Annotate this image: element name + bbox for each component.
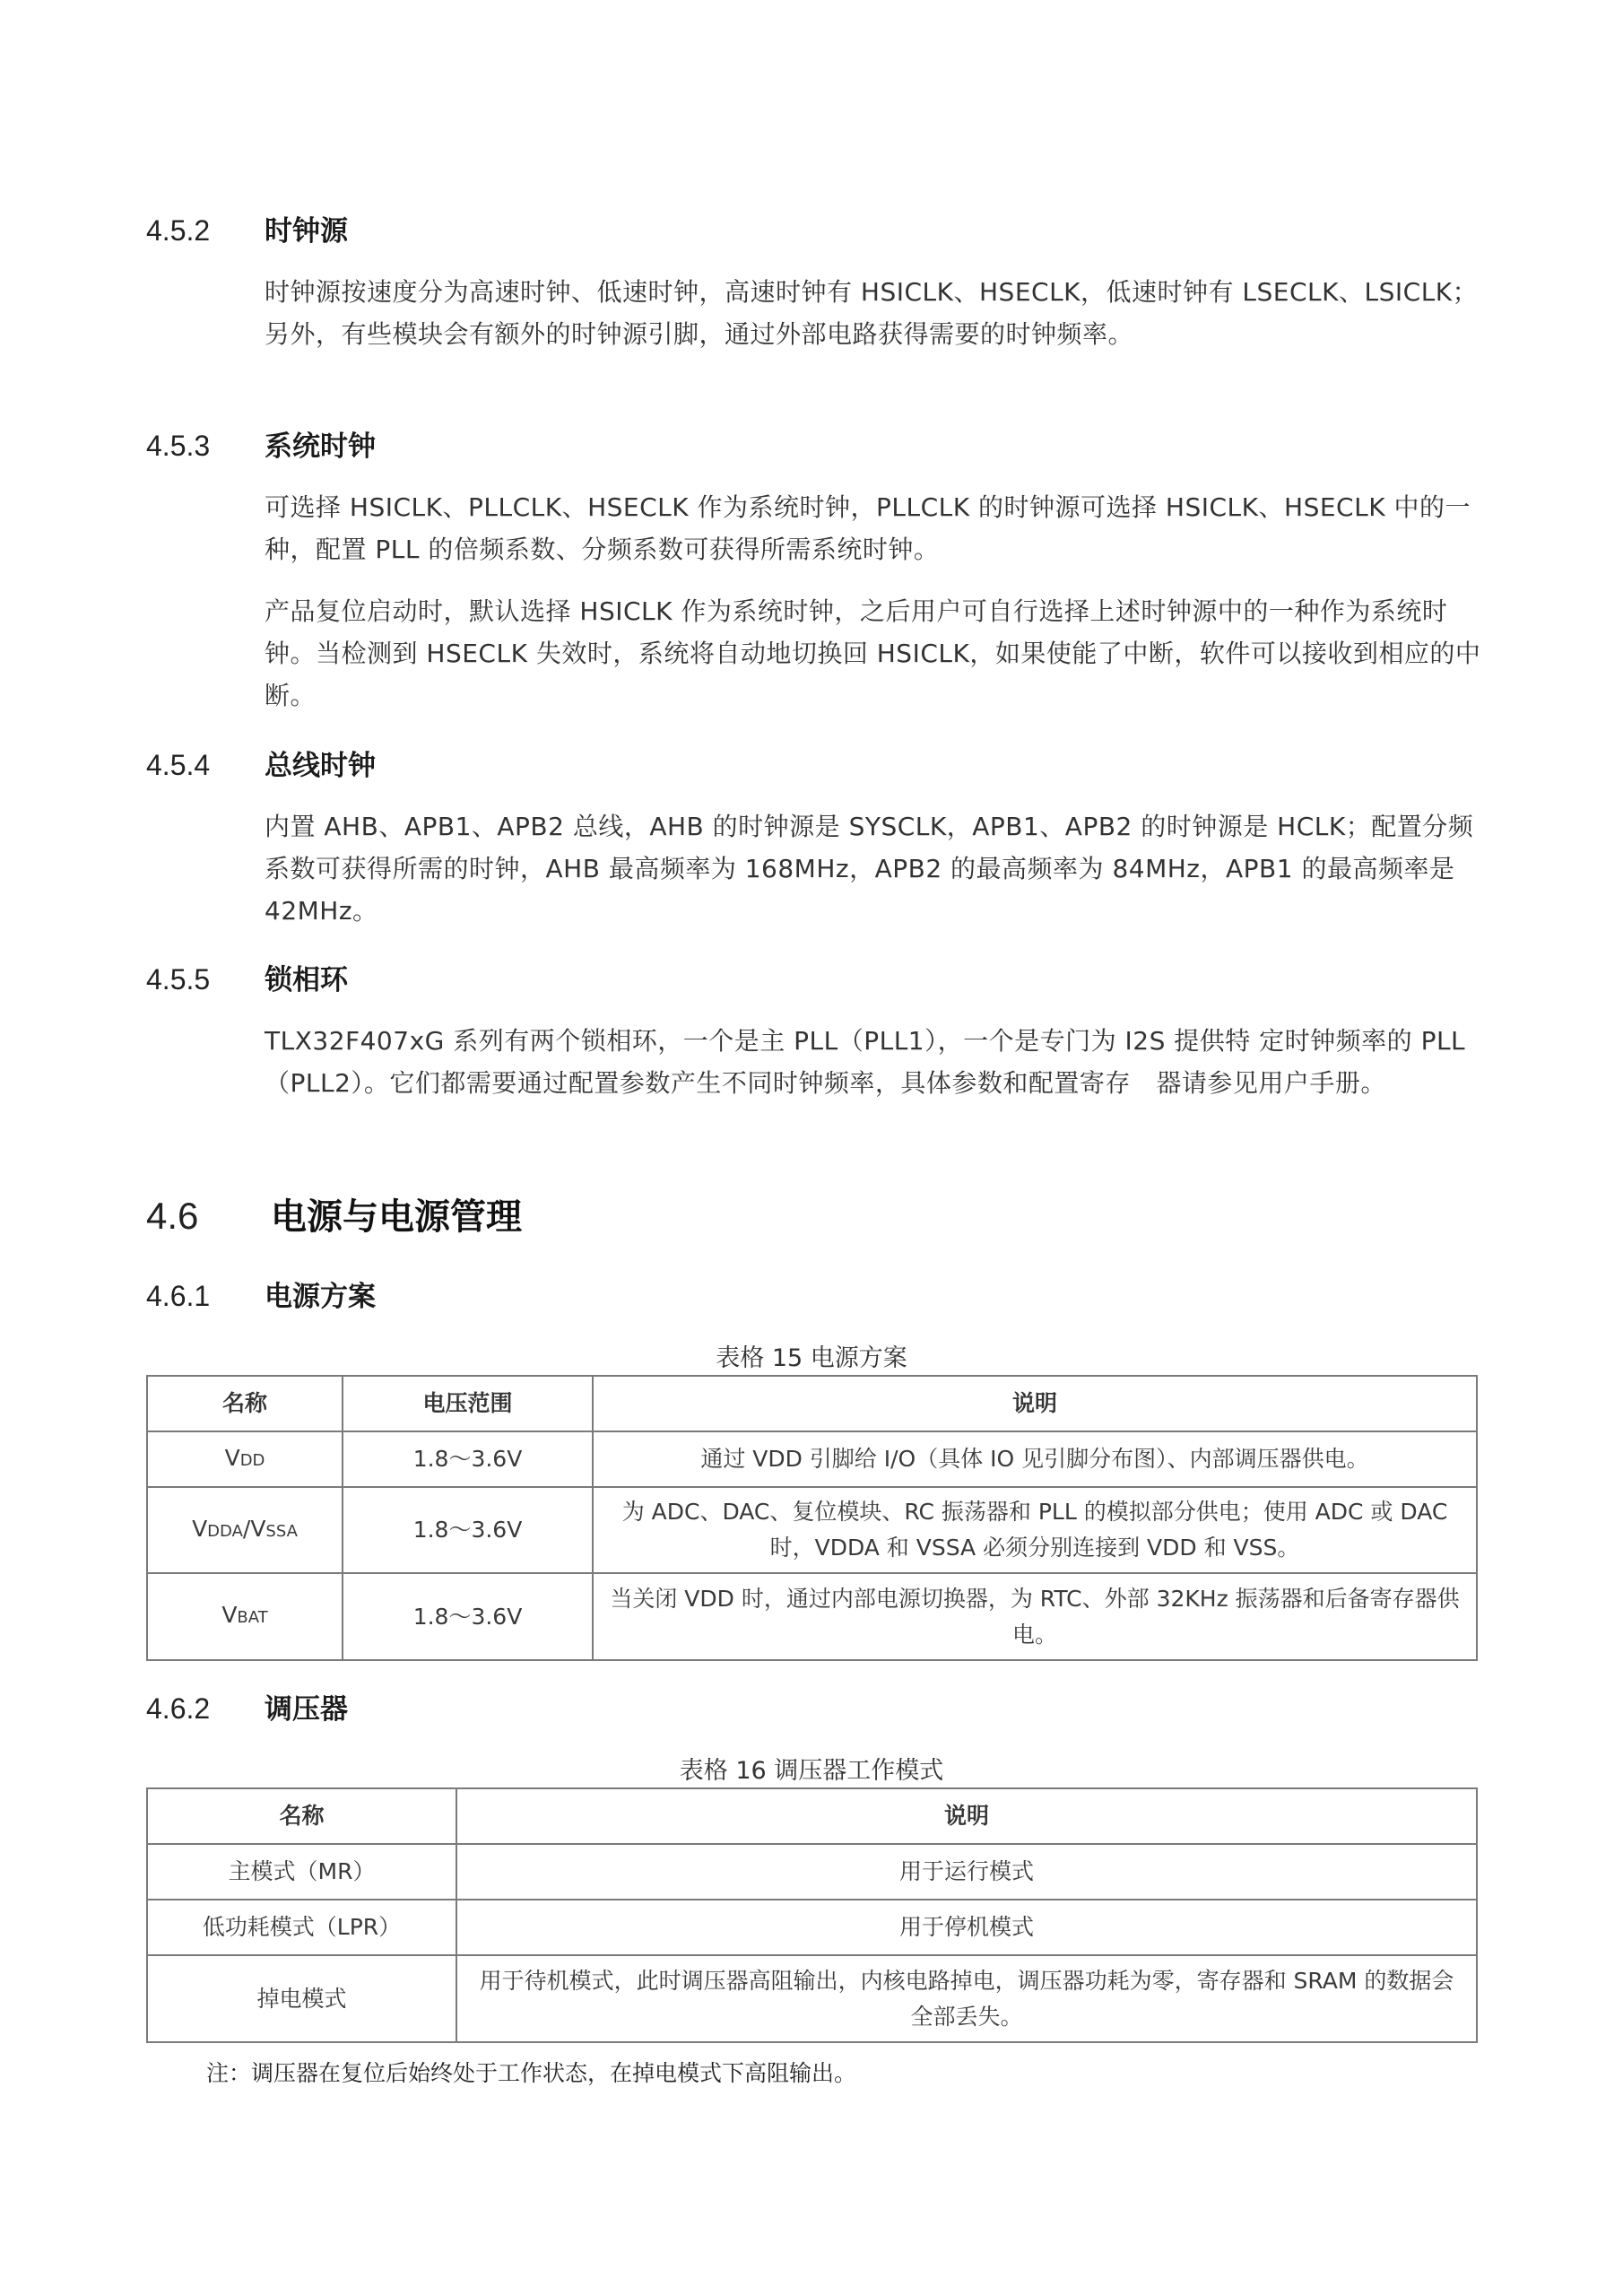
heading-4-6-2: 4.6.2调压器: [146, 1686, 348, 1726]
heading-number: 4.6.1: [146, 1280, 265, 1313]
table-power-scheme: 名称 电压范围 说明 VDD 1.8～3.6V 通过 VDD 引脚给 I/O（具…: [146, 1375, 1478, 1661]
cell-description: 当关闭 VDD 时，通过内部电源切换器，为 RTC、外部 32KHz 振荡器和后…: [593, 1573, 1477, 1660]
header-name: 名称: [147, 1376, 343, 1431]
heading-4-5-4: 4.5.4总线时钟: [146, 743, 376, 783]
heading-title: 时钟源: [265, 215, 348, 248]
header-voltage-range: 电压范围: [343, 1376, 593, 1431]
cell-description: 通过 VDD 引脚给 I/O（具体 IO 见引脚分布图）、内部调压器供电。: [593, 1431, 1477, 1487]
heading-title: 调压器: [265, 1693, 348, 1726]
heading-title: 总线时钟: [265, 750, 376, 782]
heading-4-5-5: 4.5.5锁相环: [146, 957, 348, 997]
heading-number: 4.5.4: [146, 749, 265, 782]
heading-number: 4.5.3: [146, 430, 265, 463]
cell-name: 主模式（MR）: [147, 1844, 456, 1900]
cell-description: 用于待机模式，此时调压器高阻输出，内核电路掉电，调压器功耗为零，寄存器和 SRA…: [456, 1955, 1477, 2042]
paragraph-bus-clock: 内置 AHB、APB1、APB2 总线，AHB 的时钟源是 SYSCLK，APB…: [265, 805, 1484, 932]
cell-description: 用于停机模式: [456, 1900, 1477, 1955]
cell-name: 低功耗模式（LPR）: [147, 1900, 456, 1955]
table-row: VDD 1.8～3.6V 通过 VDD 引脚给 I/O（具体 IO 见引脚分布图…: [147, 1431, 1477, 1487]
cell-name: VBAT: [147, 1573, 343, 1660]
heading-title: 电源方案: [265, 1281, 376, 1313]
header-description: 说明: [593, 1376, 1477, 1431]
heading-title: 系统时钟: [265, 430, 376, 463]
cell-range: 1.8～3.6V: [343, 1487, 593, 1573]
heading-4-5-2: 4.5.2时钟源: [146, 208, 348, 248]
paragraph-system-clock-2: 产品复位启动时，默认选择 HSICLK 作为系统时钟，之后用户可自行选择上述时钟…: [265, 590, 1484, 717]
cell-name: VDD: [147, 1431, 343, 1487]
heading-number: 4.5.2: [146, 214, 265, 248]
heading-number: 4.6: [146, 1195, 271, 1238]
cell-description: 用于运行模式: [456, 1844, 1477, 1900]
table-header-row: 名称 电压范围 说明: [147, 1376, 1477, 1431]
heading-4-6-1: 4.6.1电源方案: [146, 1274, 376, 1314]
table-regulator-modes: 名称 说明 主模式（MR） 用于运行模式 低功耗模式（LPR） 用于停机模式 掉…: [146, 1787, 1478, 2043]
heading-4-6: 4.6电源与电源管理: [146, 1188, 522, 1239]
cell-description: 为 ADC、DAC、复位模块、RC 振荡器和 PLL 的模拟部分供电；使用 AD…: [593, 1487, 1477, 1573]
table-row: 低功耗模式（LPR） 用于停机模式: [147, 1900, 1477, 1955]
paragraph-pll: TLX32F407xG 系列有两个锁相环，一个是主 PLL（PLL1），一个是专…: [265, 1020, 1484, 1104]
cell-range: 1.8～3.6V: [343, 1573, 593, 1660]
header-description: 说明: [456, 1788, 1477, 1844]
cell-name: 掉电模式: [147, 1955, 456, 2042]
table-16-caption: 表格 16 调压器工作模式: [0, 1751, 1623, 1786]
cell-name: VDDA/VSSA: [147, 1487, 343, 1573]
paragraph-system-clock-1: 可选择 HSICLK、PLLCLK、HSECLK 作为系统时钟，PLLCLK 的…: [265, 486, 1484, 570]
heading-number: 4.6.2: [146, 1692, 265, 1726]
heading-number: 4.5.5: [146, 963, 265, 996]
heading-title: 电源与电源管理: [271, 1196, 522, 1238]
header-name: 名称: [147, 1788, 456, 1844]
cell-range: 1.8～3.6V: [343, 1431, 593, 1487]
heading-title: 锁相环: [265, 964, 348, 996]
table-note: 注：调压器在复位后始终处于工作状态，在掉电模式下高阻输出。: [206, 2056, 856, 2088]
table-row: VBAT 1.8～3.6V 当关闭 VDD 时，通过内部电源切换器，为 RTC、…: [147, 1573, 1477, 1660]
table-header-row: 名称 说明: [147, 1788, 1477, 1844]
table-15-caption: 表格 15 电源方案: [0, 1338, 1623, 1373]
heading-4-5-3: 4.5.3系统时钟: [146, 423, 376, 464]
table-row: 主模式（MR） 用于运行模式: [147, 1844, 1477, 1900]
paragraph-clock-source: 时钟源按速度分为高速时钟、低速时钟，高速时钟有 HSICLK、HSECLK，低速…: [265, 271, 1484, 355]
table-row: VDDA/VSSA 1.8～3.6V 为 ADC、DAC、复位模块、RC 振荡器…: [147, 1487, 1477, 1573]
table-row: 掉电模式 用于待机模式，此时调压器高阻输出，内核电路掉电，调压器功耗为零，寄存器…: [147, 1955, 1477, 2042]
